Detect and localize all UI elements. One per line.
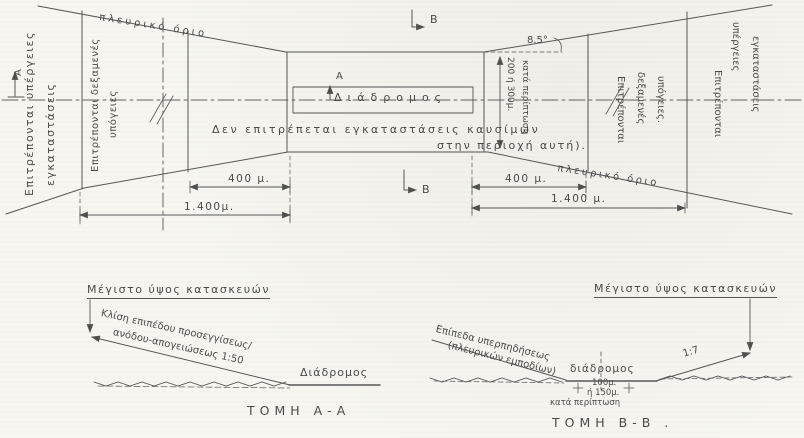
zone-left-outer-label-line1: Επιτρέπονται υπέργειες [24, 31, 36, 196]
section-b-bottom-mark [404, 170, 416, 190]
zone-right-outer-label-line1: Επιτρέπονται [712, 70, 723, 137]
runway-label-bb: διάδρομος [570, 364, 635, 375]
linework-svg [0, 0, 804, 438]
max-height-label-bb: Μέγιστο ύψος κατασκευών [594, 283, 777, 298]
no-fuel-note-line1: Δεν επιτρέπεται εγκαταστάσεις καυσίμων [212, 124, 540, 136]
section-bb-caption: ΤΟΜΗ Β-Β . [552, 416, 673, 429]
zone-right-inner-label-line1: Επιτρέπονται [615, 76, 626, 143]
drawing-sheet: Επιτρέπονται υπέργειες εγκαταστάσεις Επι… [0, 0, 804, 438]
break-mark-left [150, 94, 173, 124]
divergence-angle-label: 8.5° [527, 36, 548, 47]
dim-label-right-400: 400 μ. [505, 174, 547, 185]
runway-label-aa: Διάδρομος [300, 367, 368, 379]
ground-scribble-aa-2 [98, 386, 290, 388]
section-b-letter-bottom: Β [422, 184, 430, 196]
zone-right-inner-label-line3: υπόγειες. [655, 76, 666, 123]
runway-width-label-bb-line1: 100μ. [592, 379, 616, 388]
zone-left-inner-label-line2: υπόγειες [109, 90, 120, 138]
zone-right-outer-label-line3: εγκαταστάσεις [750, 36, 761, 112]
zone-right-inner-label-line2: δεξαμενές [635, 72, 646, 124]
side-slope-right-bb [656, 353, 750, 381]
ground-scribble-bb-left-2 [434, 381, 564, 383]
no-fuel-note-line2: στην περιοχή αυτή). [437, 140, 587, 152]
max-height-label-aa: Μέγιστο ύψος κατασκευών [87, 284, 270, 299]
runway-label-plan: Διάδρομος [334, 92, 447, 104]
section-a-letter-left: Α [14, 69, 25, 76]
section-aa-caption: ΤΟΜΗ Α-Α [247, 404, 350, 417]
ext-lines-left [80, 156, 290, 226]
dim-label-left-1400: 1.400μ. [184, 202, 235, 213]
zone-right-outer-label-line2: υπέργειες [730, 22, 741, 72]
dim-label-left-400: 400 μ. [228, 174, 270, 185]
ground-scribble-aa [94, 382, 286, 386]
section-b-letter-top: Β [430, 14, 438, 26]
strip-width-label-line1: 200 ή 300μ. [505, 57, 514, 111]
section-b-top-mark [412, 10, 424, 27]
runway-width-label-bb-line3: κατά περίπτωση [550, 399, 620, 408]
section-a-letter-center: Α [336, 72, 343, 83]
strip-width-label-line2: κατά περίπτωση [520, 60, 529, 134]
zone-left-outer-label-line2: εγκαταστάσεις [45, 82, 57, 186]
plan-linework [2, 5, 802, 230]
dim-label-right-1400: 1.400 μ. [551, 194, 606, 205]
runway-width-label-bb-line2: ή 150μ. [587, 389, 619, 398]
zone-left-inner-label-line1: Επιτρέπονται δεξαμενές [91, 38, 102, 172]
